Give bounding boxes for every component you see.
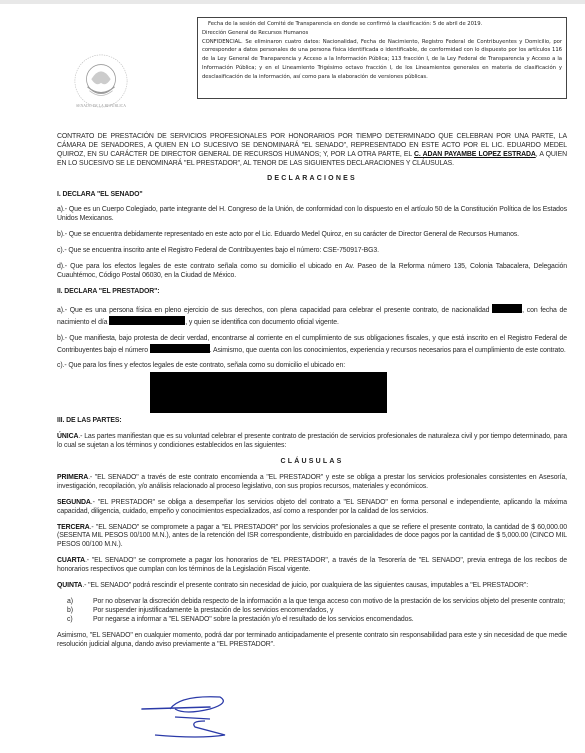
clause-cuarta: CUARTA.- "EL SENADO" se compromete a pag…: [57, 557, 567, 575]
svg-text:SENADO DE LA REPÚBLICA: SENADO DE LA REPÚBLICA: [76, 103, 126, 108]
list-item: c)Por negarse a informar a "EL SENADO" s…: [67, 616, 567, 625]
contract-intro: CONTRATO DE PRESTACIÓN DE SERVICIOS PROF…: [57, 133, 567, 169]
classification-notice-box: Fecha de la sesión del Comité de Transpa…: [197, 17, 567, 99]
unica-clause: ÚNICA.- Las partes manifiestan que es su…: [57, 433, 567, 451]
section-3-title: III. DE LAS PARTES:: [57, 417, 567, 426]
clausulas-heading: CLÁUSULAS: [57, 458, 567, 467]
section-2-item-b: b).- Que manifiesta, bajo protesta de de…: [57, 335, 567, 356]
contractor-name: C. ADAN PAYAMBE LOPEZ ESTRADA: [414, 151, 536, 158]
clause-segunda: SEGUNDA.- "EL PRESTADOR" se obliga a des…: [57, 499, 567, 517]
clause-primera: PRIMERA.- "EL SENADO" a través de este c…: [57, 474, 567, 492]
session-date-line: Fecha de la sesión del Comité de Transpa…: [202, 20, 562, 29]
senate-seal-icon: SENADO DE LA REPÚBLICA: [72, 52, 130, 110]
section-2-item-a: a).- Que es una persona física en pleno …: [57, 304, 567, 328]
section-1-item-c: c).- Que se encuentra inscrito ante el R…: [57, 247, 567, 256]
contract-body: CONTRATO DE PRESTACIÓN DE SERVICIOS PROF…: [57, 133, 567, 657]
redacted-rfc: [150, 344, 210, 353]
signature-icon: [140, 695, 235, 740]
redacted-address: [150, 372, 387, 413]
page-top-edge: [0, 0, 585, 4]
redacted-birthdate: [109, 316, 185, 325]
department-line: Dirección General de Recursos Humanos: [202, 29, 562, 38]
clause-tercera: TERCERA.- "EL SENADO" se compromete a pa…: [57, 524, 567, 551]
clause-quinta: QUINTA.- "EL SENADO" podrá rescindir el …: [57, 582, 567, 591]
section-2-title: II. DECLARA "EL PRESTADOR":: [57, 288, 567, 297]
confidential-notice-text: CONFIDENCIAL. Se eliminaron cuatro datos…: [202, 38, 562, 82]
section-1-item-d: d).- Que para los efectos legales de est…: [57, 263, 567, 281]
redacted-nationality: [492, 304, 522, 313]
closing-paragraph: Asimismo, "EL SENADO" en cualquier momen…: [57, 632, 567, 650]
declaraciones-heading: DECLARACIONES: [57, 175, 567, 184]
quinta-causes-list: a)Por no observar la discreción debida r…: [57, 598, 567, 625]
section-2-item-c: c).- Que para los fines y efectos legale…: [57, 362, 567, 371]
section-1-item-a: a).- Que es un Cuerpo Colegiado, parte i…: [57, 206, 567, 224]
list-item: b)Por suspender injustificadamente la pr…: [67, 607, 567, 616]
list-item: a)Por no observar la discreción debida r…: [67, 598, 567, 607]
section-1-title: I. DECLARA "EL SENADO": [57, 191, 567, 200]
section-1-item-b: b).- Que se encuentra debidamente repres…: [57, 231, 567, 240]
